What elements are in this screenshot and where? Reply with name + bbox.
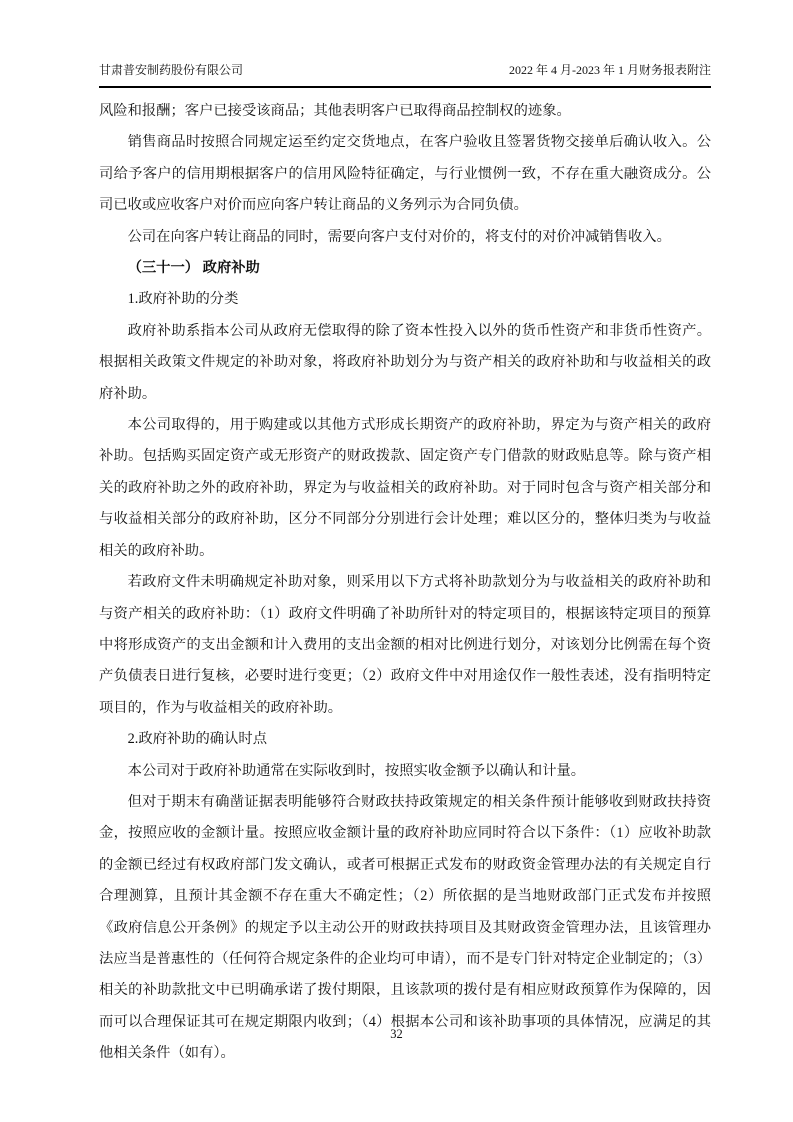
document-body: 风险和报酬；客户已接受该商品；其他表明客户已取得商品控制权的迹象。 销售商品时按… <box>99 96 711 1070</box>
header-company-name: 甘肃普安制药股份有限公司 <box>99 61 243 79</box>
page-number: 32 <box>0 1027 793 1042</box>
subsection-heading: 1.政府补助的分类 <box>99 284 711 315</box>
paragraph: 本公司对于政府补助通常在实际收到时，按照实收金额予以确认和计量。 <box>99 756 711 787</box>
paragraph: 公司在向客户转让商品的同时，需要向客户支付对价的，将支付的对价冲减销售收入。 <box>99 222 711 253</box>
paragraph: 销售商品时按照合同规定运至约定交货地点，在客户验收且签署货物交接单后确认收入。公… <box>99 127 711 221</box>
paragraph: 政府补助系指本公司从政府无偿取得的除了资本性投入以外的货币性资产和非货币性资产。… <box>99 316 711 410</box>
document-page: 甘肃普安制药股份有限公司 2022 年 4 月-2023 年 1 月财务报表附注… <box>0 0 793 1122</box>
paragraph: 本公司取得的，用于购建或以其他方式形成长期资产的政府补助，界定为与资产相关的政府… <box>99 410 711 567</box>
header-report-title: 2022 年 4 月-2023 年 1 月财务报表附注 <box>509 61 711 79</box>
paragraph: 若政府文件未明确规定补助对象，则采用以下方式将补助款划分为与收益相关的政府补助和… <box>99 567 711 724</box>
subsection-heading: 2.政府补助的确认时点 <box>99 724 711 755</box>
section-heading-government-grants: （三十一） 政府补助 <box>99 253 711 284</box>
page-header: 甘肃普安制药股份有限公司 2022 年 4 月-2023 年 1 月财务报表附注 <box>99 61 711 88</box>
paragraph-continuation: 风险和报酬；客户已接受该商品；其他表明客户已取得商品控制权的迹象。 <box>99 96 711 127</box>
